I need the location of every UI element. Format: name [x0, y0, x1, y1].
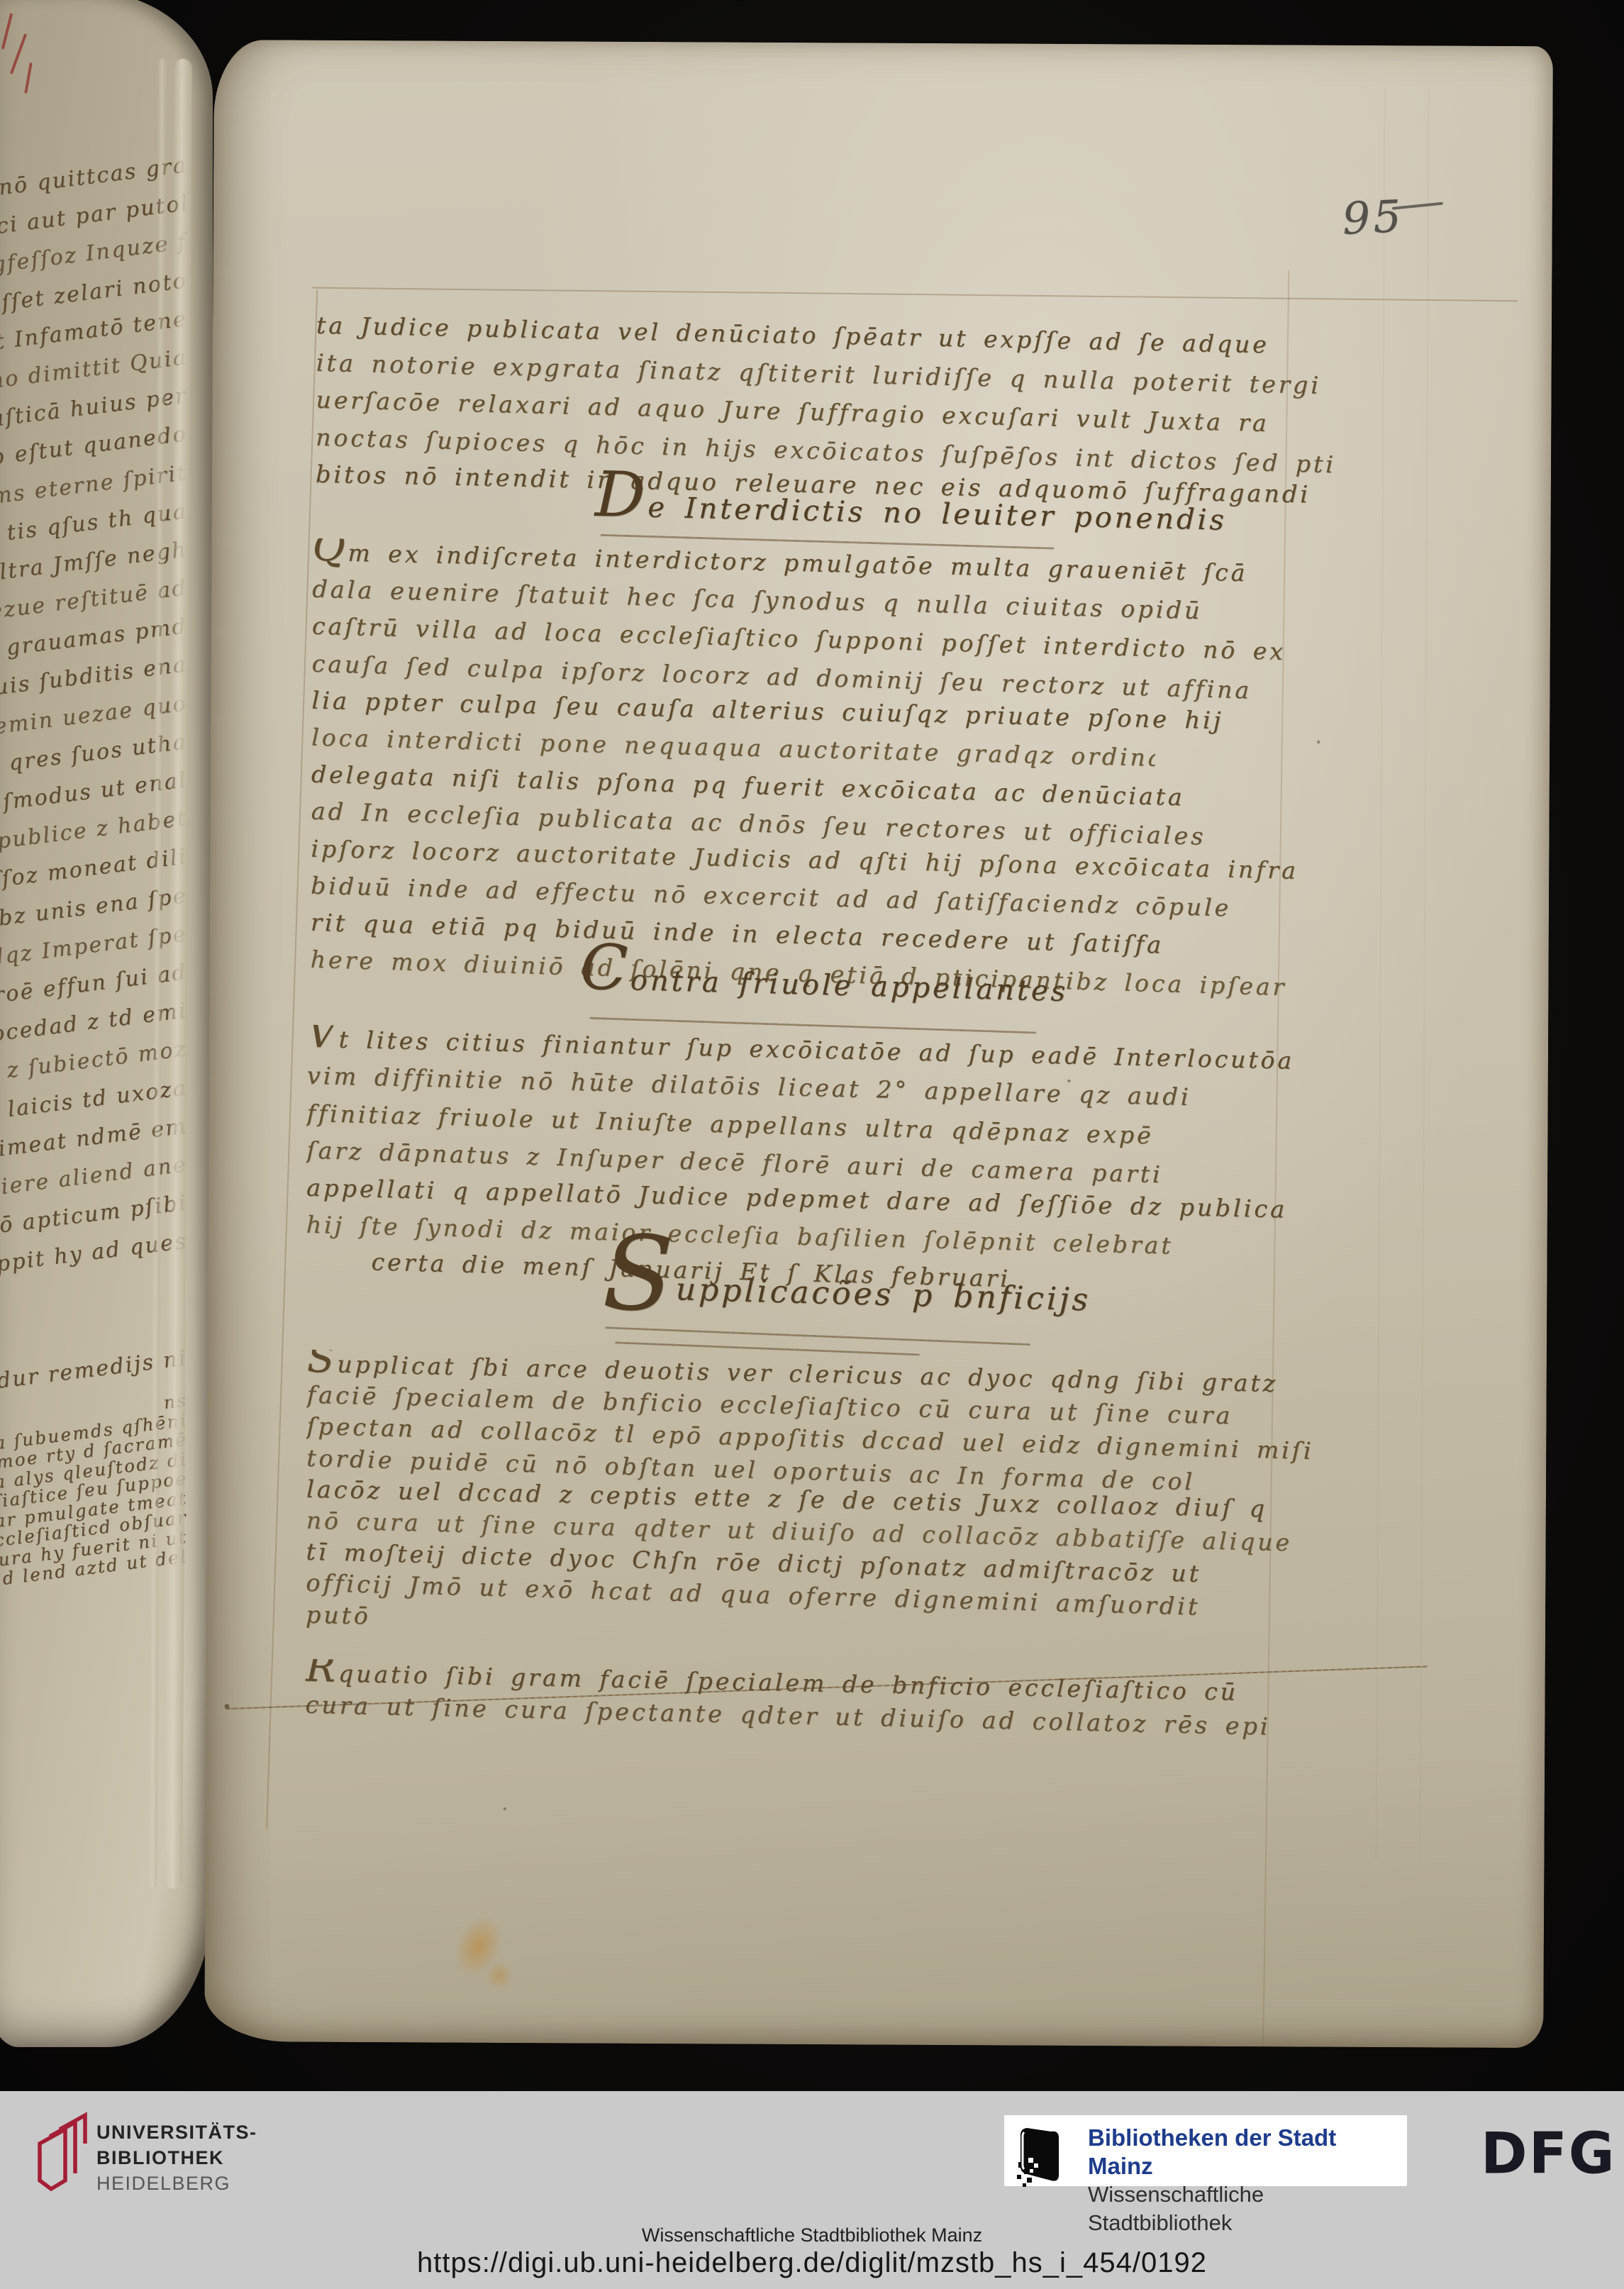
ink-speck [1317, 741, 1320, 744]
heading-supplicationes: Supplicacões p bnficijs [602, 1269, 1091, 1318]
ruling-line-right [1262, 270, 1290, 2048]
text-section-intro: ta Judice publicata vel denūciato ſpēatr… [214, 40, 1553, 46]
ruling-line-top [312, 287, 1518, 302]
red-ink-marks [3, 13, 45, 105]
mainz-book-icon [1014, 2122, 1077, 2188]
heading-underline [605, 1326, 1030, 1346]
paper-stain [486, 1961, 513, 1990]
mainz-logo-text: Bibliotheken der Stadt Mainz Wissenschaf… [1088, 2124, 1407, 2237]
text-section-interdict: Qm ex indiſcreta interdictorz pmulgatōe … [214, 40, 1553, 46]
red-ink-stroke [10, 33, 27, 74]
text-section-supplications: Supplicat ſbi arce deuotis ver clericus … [214, 40, 1553, 46]
script-line: putō [306, 1600, 406, 1636]
footer-band: UNIVERSITÄTS- BIBLIOTHEK HEIDELBERG [0, 2091, 1624, 2289]
source-url: https://digi.ub.uni-heidelberg.de/diglit… [0, 2247, 1624, 2279]
ub-line3: HEIDELBERG [96, 2171, 257, 2196]
text-section-quantum: Rquatio ſibi gram faciē ſpecialem de bnf… [214, 40, 1553, 46]
ub-line2: BIBLIOTHEK [96, 2145, 257, 2171]
ub-heidelberg-logo-icon [33, 2110, 101, 2193]
heading-underline [589, 1017, 1036, 1034]
ink-speck [1067, 1080, 1071, 1082]
previous-page-edge: lias nō quittcas graus q publici aut par… [0, 0, 213, 2047]
mainz-library-logo: Bibliotheken der Stadt Mainz Wissenschaf… [1004, 2115, 1407, 2186]
heading-underline [615, 1341, 920, 1356]
manuscript-page: 95 ta Judice publicata vel denūciato ſpē… [204, 40, 1553, 2048]
ruling-dot [225, 1704, 230, 1709]
dfg-logo: DFG [1481, 2119, 1616, 2186]
bleedthrough-line [1375, 88, 1385, 1861]
ub-heidelberg-logo-text: UNIVERSITÄTS- BIBLIOTHEK HEIDELBERG [96, 2119, 257, 2196]
page-number: 95 [1341, 190, 1405, 245]
ink-speck [504, 1807, 506, 1810]
red-ink-stroke [24, 62, 33, 94]
red-ink-stroke [1, 13, 13, 49]
text-section-appeals: Vt lites citius finiantur ſup excōicatōe… [214, 40, 1553, 46]
mainz-line1: Bibliotheken der Stadt Mainz [1088, 2124, 1407, 2180]
caption-institution: Wissenschaftliche Stadtbibliothek Mainz [0, 2224, 1624, 2246]
ub-line1: UNIVERSITÄTS- [96, 2119, 257, 2145]
digitized-manuscript-viewer: lias nō quittcas graus q publici aut par… [0, 0, 1624, 2289]
bleedthrough-line [1419, 88, 1429, 1861]
